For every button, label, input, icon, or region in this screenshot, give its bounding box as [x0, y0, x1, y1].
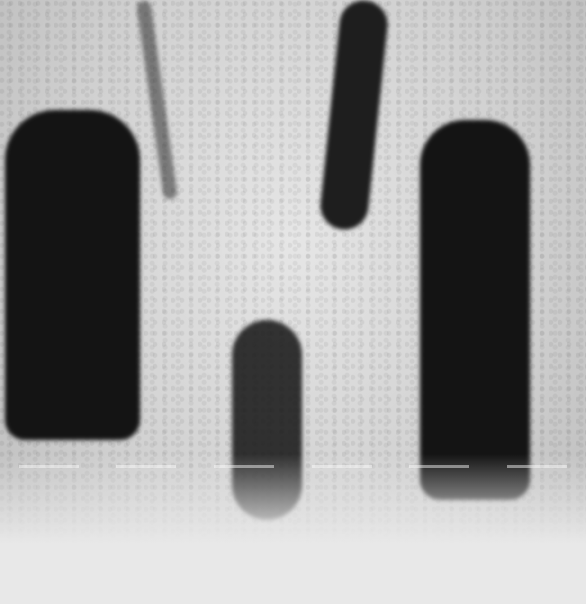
photograph: [0, 0, 586, 604]
watermark-band: [0, 460, 586, 472]
watermark: [19, 465, 79, 468]
watermark: [116, 465, 176, 468]
figure-right-silhouette: [420, 120, 530, 500]
watermark: [312, 465, 372, 468]
watermark: [409, 465, 469, 468]
watermark: [507, 465, 567, 468]
figure-left-silhouette: [5, 110, 140, 440]
watermark: [214, 465, 274, 468]
snow-foreground: [0, 454, 586, 604]
